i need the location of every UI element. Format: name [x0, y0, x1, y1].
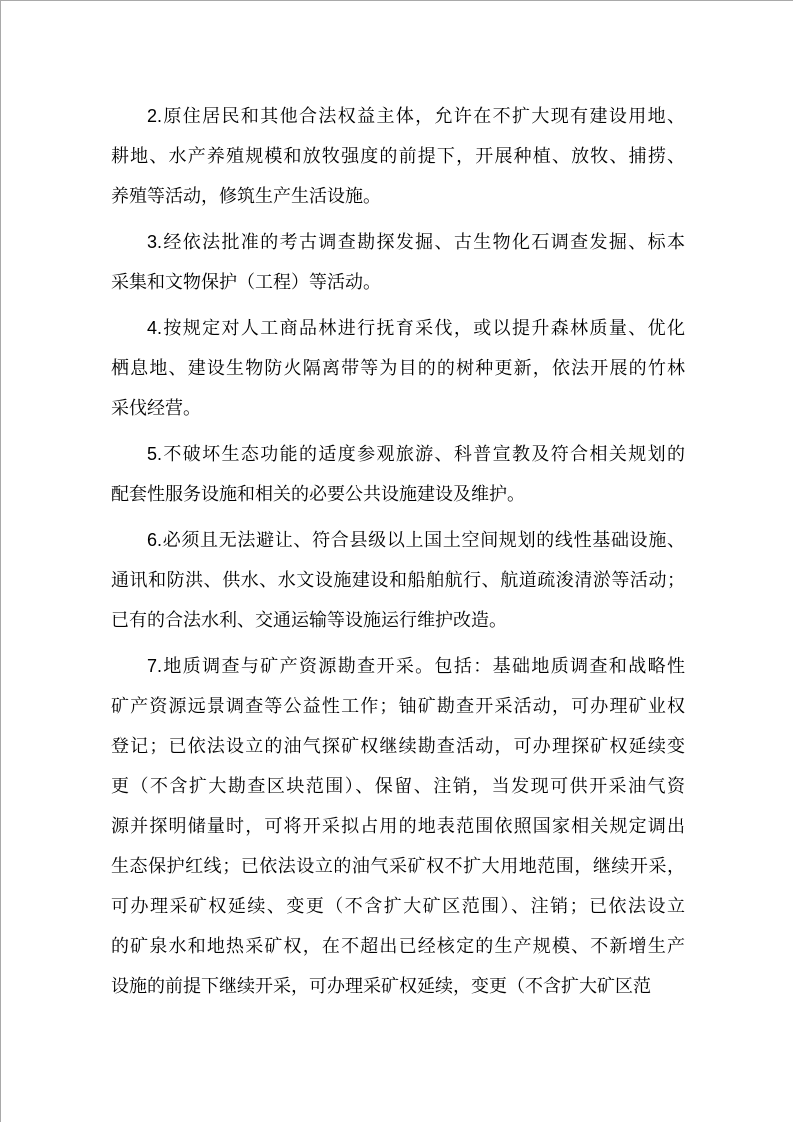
text-line: 矿产资源远景调查等公益性工作；铀矿勘查开采活动，可办理矿业权	[111, 686, 685, 726]
text-line: 采集和文物保护（工程）等活动。	[111, 262, 685, 302]
text-line: 登记；已依法设立的油气探矿权继续勘查活动，可办理探矿权延续变	[111, 726, 685, 766]
paragraph-item-2: 2.原住居民和其他合法权益主体，允许在不扩大现有建设用地、 耕地、水产养殖规模和…	[111, 96, 685, 216]
text-line: 3.经依法批准的考古调查勘探发掘、古生物化石调查发掘、标本	[111, 222, 685, 262]
paragraph-item-4: 4.按规定对人工商品林进行抚育采伐，或以提升森林质量、优化 栖息地、建设生物防火…	[111, 308, 685, 428]
text-line: 栖息地、建设生物防火隔离带等为目的的树种更新，依法开展的竹林	[111, 348, 685, 388]
text-line: 设施的前提下继续开采，可办理采矿权延续，变更（不含扩大矿区范	[111, 966, 685, 1006]
text-line: 采伐经营。	[111, 388, 685, 428]
text-line: 源并探明储量时，可将开采拟占用的地表范围依照国家相关规定调出	[111, 806, 685, 846]
document-page: 2.原住居民和其他合法权益主体，允许在不扩大现有建设用地、 耕地、水产养殖规模和…	[0, 0, 793, 1122]
paragraph-item-6: 6.必须且无法避让、符合县级以上国土空间规划的线性基础设施、 通讯和防洪、供水、…	[111, 520, 685, 640]
text-line: 养殖等活动，修筑生产生活设施。	[111, 176, 685, 216]
document-body: 2.原住居民和其他合法权益主体，允许在不扩大现有建设用地、 耕地、水产养殖规模和…	[111, 96, 685, 1012]
text-line: 5.不破坏生态功能的适度参观旅游、科普宣教及符合相关规划的	[111, 434, 685, 474]
text-line: 通讯和防洪、供水、水文设施建设和船舶航行、航道疏浚清淤等活动；	[111, 560, 685, 600]
text-line: 可办理采矿权延续、变更（不含扩大矿区范围）、注销；已依法设立	[111, 886, 685, 926]
text-line: 6.必须且无法避让、符合县级以上国土空间规划的线性基础设施、	[111, 520, 685, 560]
text-line: 的矿泉水和地热采矿权，在不超出已经核定的生产规模、不新增生产	[111, 926, 685, 966]
text-line: 耕地、水产养殖规模和放牧强度的前提下，开展种植、放牧、捕捞、	[111, 136, 685, 176]
text-line: 4.按规定对人工商品林进行抚育采伐，或以提升森林质量、优化	[111, 308, 685, 348]
text-line: 7.地质调查与矿产资源勘查开采。包括：基础地质调查和战略性	[111, 646, 685, 686]
text-line: 更（不含扩大勘查区块范围）、保留、注销，当发现可供开采油气资	[111, 766, 685, 806]
paragraph-item-3: 3.经依法批准的考古调查勘探发掘、古生物化石调查发掘、标本 采集和文物保护（工程…	[111, 222, 685, 302]
text-line: 生态保护红线；已依法设立的油气采矿权不扩大用地范围，继续开采，	[111, 846, 685, 886]
text-line: 2.原住居民和其他合法权益主体，允许在不扩大现有建设用地、	[111, 96, 685, 136]
paragraph-item-5: 5.不破坏生态功能的适度参观旅游、科普宣教及符合相关规划的 配套性服务设施和相关…	[111, 434, 685, 514]
paragraph-item-7: 7.地质调查与矿产资源勘查开采。包括：基础地质调查和战略性 矿产资源远景调查等公…	[111, 646, 685, 1006]
text-line: 配套性服务设施和相关的必要公共设施建设及维护。	[111, 474, 685, 514]
text-line: 已有的合法水利、交通运输等设施运行维护改造。	[111, 600, 685, 640]
